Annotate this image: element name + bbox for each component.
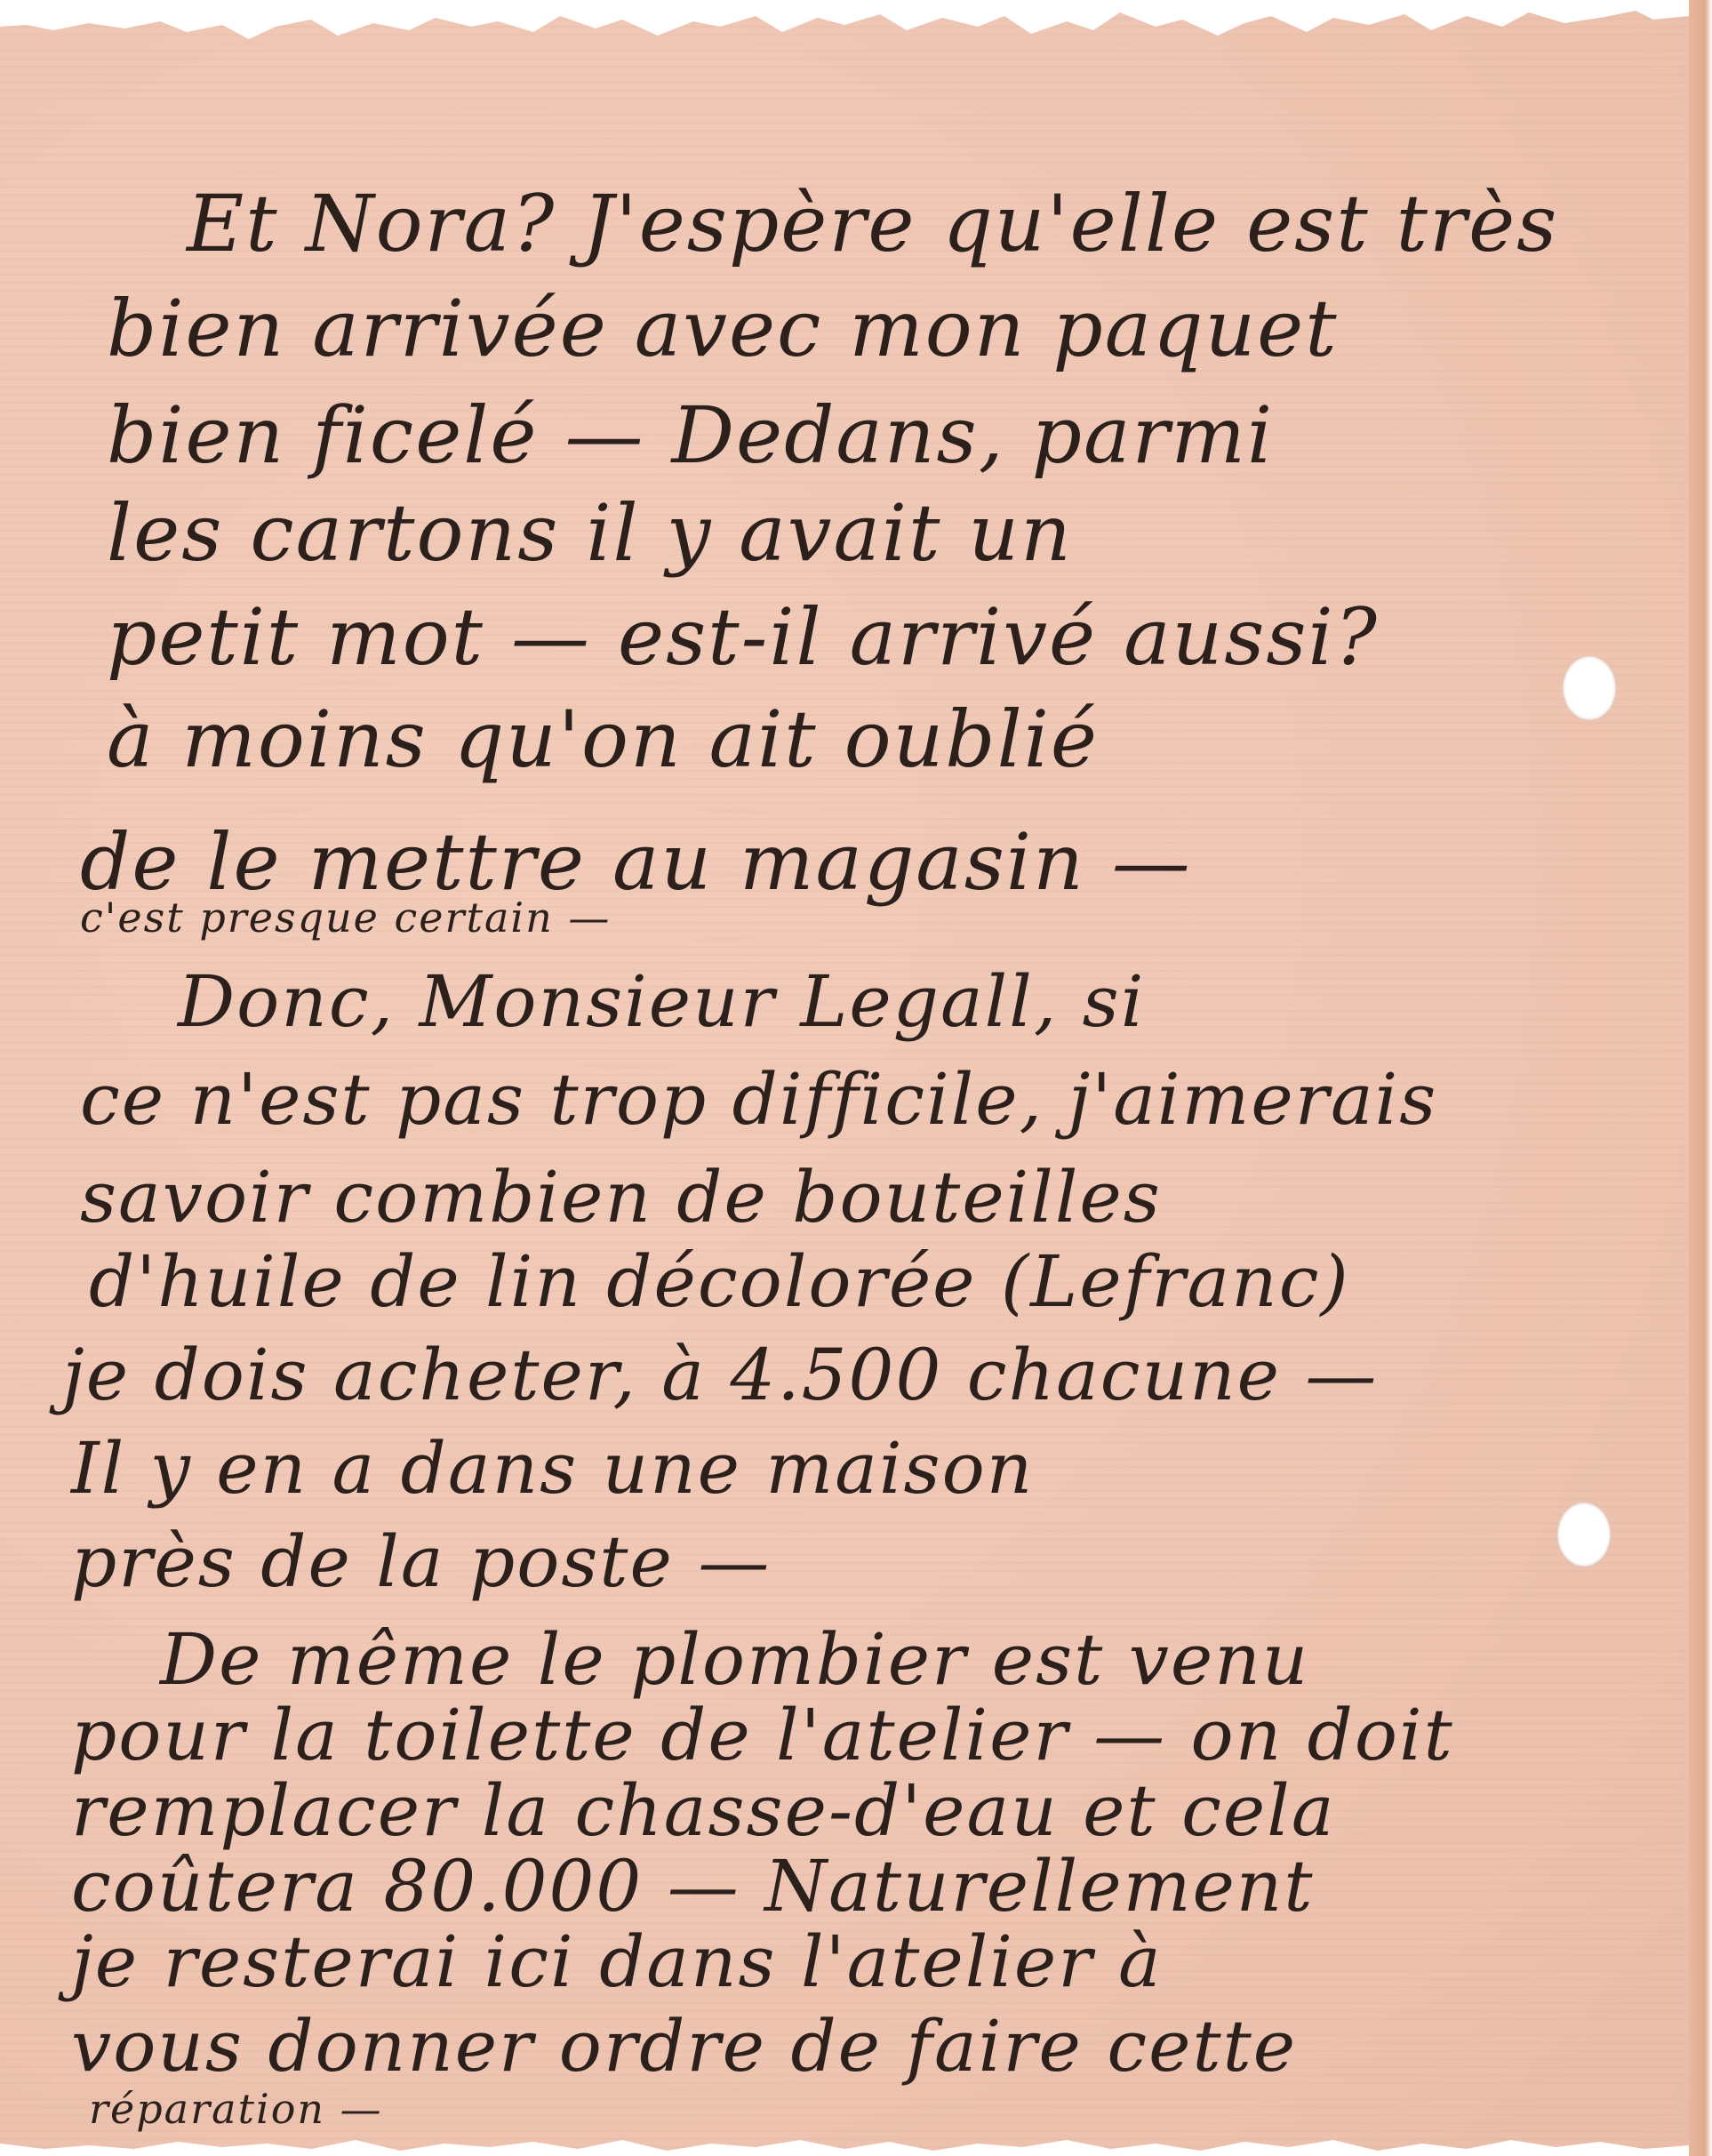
letter-line-10: ce n'est pas trop difficile, j'aimerais: [80, 1058, 1437, 1141]
letter-line-13: je dois acheter, à 4.500 chacune —: [62, 1334, 1378, 1416]
letter-line-16: De même le plombier est venu: [160, 1618, 1309, 1701]
letter-line-5: petit mot — est-il arrivé aussi?: [107, 591, 1379, 683]
letter-line-18: remplacer la chasse-d'eau et cela: [71, 1769, 1336, 1852]
letter-line-14: Il y en a dans une maison: [71, 1427, 1034, 1510]
punch-hole-upper: [1563, 656, 1616, 720]
letter-line-11: savoir combien de bouteilles: [80, 1156, 1162, 1238]
letter-line-21: vous donner ordre de faire cette: [71, 2005, 1297, 2088]
letter-line-4: les cartons il y avait un: [107, 487, 1073, 579]
paper-right-edge: [1689, 0, 1712, 2156]
letter-page: Et Nora? J'espère qu'elle est très bien …: [0, 0, 1689, 2156]
letter-line-1: Et Nora? J'espère qu'elle est très: [187, 178, 1558, 269]
letter-line-17: pour la toilette de l'atelier — on doit: [71, 1694, 1454, 1776]
punch-hole-lower: [1557, 1503, 1611, 1567]
letter-line-19: coûtera 80.000 — Naturellement: [71, 1845, 1314, 1928]
letter-line-2: bien arrivée avec mon paquet: [107, 283, 1339, 374]
torn-bottom-edge: [0, 2129, 1689, 2156]
torn-top-edge: [0, 0, 1689, 53]
letter-line-6: à moins qu'on ait oublié: [107, 693, 1099, 785]
letter-line-20: je resterai ici dans l'atelier à: [71, 1920, 1163, 2003]
letter-line-3: bien ficelé — Dedans, parmi: [107, 389, 1274, 481]
letter-line-8-insertion: c'est presque certain —: [80, 894, 611, 942]
letter-line-22: réparation —: [89, 2085, 383, 2133]
letter-line-9: Donc, Monsieur Legall, si: [178, 960, 1145, 1043]
letter-line-15: près de la poste —: [71, 1520, 771, 1603]
letter-line-12: d'huile de lin décolorée (Lefranc): [89, 1240, 1350, 1323]
